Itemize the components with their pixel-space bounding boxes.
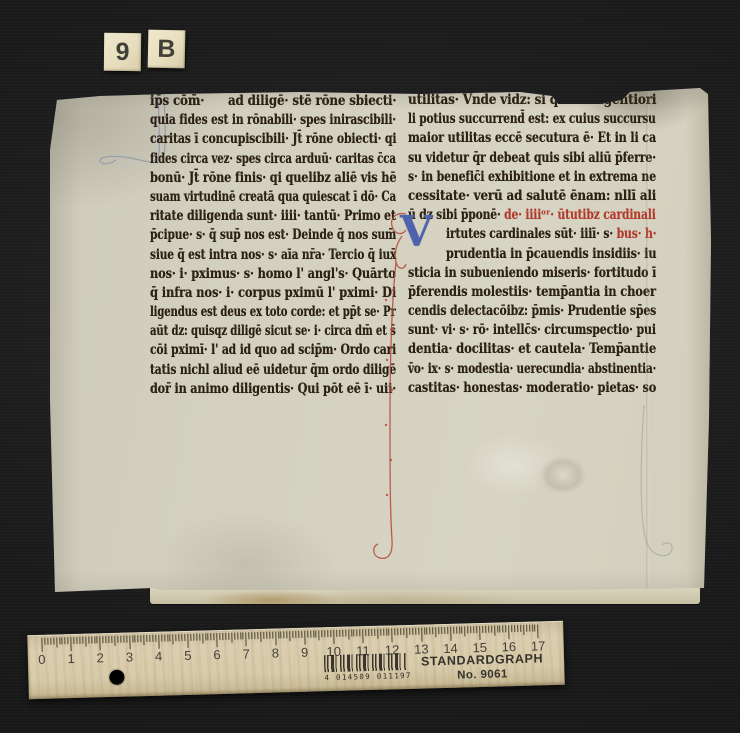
ruler-tick <box>453 627 454 634</box>
ruler-tick <box>357 629 358 636</box>
ruler-tick <box>371 629 372 636</box>
manuscript-line: q̄ infra nos· i· corpus pximū l' pximi· … <box>150 284 361 303</box>
ruler-tick <box>491 626 492 633</box>
ruler-tick <box>319 630 320 640</box>
ruler-tick <box>234 633 235 640</box>
ruler-tick <box>106 636 107 643</box>
ruler-tick <box>409 628 410 635</box>
manuscript-line: su videtur q̄r debeat quis sibi aliū p̄f… <box>408 149 611 168</box>
ruler-tick <box>389 628 390 635</box>
ruler-tick <box>56 637 57 647</box>
ruler-tick <box>322 630 323 637</box>
ruler-tick <box>47 638 48 645</box>
ruler-tick <box>383 629 384 636</box>
ruler-tick <box>237 633 238 640</box>
ruler-tick <box>219 633 220 640</box>
photo-background: 9 B ip̄s cōm̄· ad diligē· stē rōne sbiec… <box>0 0 740 733</box>
ruler-tick <box>170 634 171 641</box>
ruler-tick <box>114 636 115 646</box>
ruler-tick <box>120 636 121 643</box>
ruler-tick <box>76 637 77 644</box>
ruler-tick <box>103 636 104 643</box>
manuscript-line: ip̄s cōm̄· ad diligē· stē rōne sbiecti· <box>150 92 367 111</box>
ruler-tick <box>435 627 436 637</box>
ruler-tick <box>263 632 264 639</box>
ruler-tick <box>427 627 428 634</box>
ruler-tick <box>441 627 442 634</box>
barcode: 4 014509 011197 <box>324 653 409 683</box>
ruler-tick <box>327 630 328 637</box>
ruler-tick <box>298 631 299 638</box>
ruler-tick <box>91 637 92 644</box>
parchment-stain <box>540 456 586 494</box>
ruler-tick <box>447 627 448 634</box>
manuscript-line: dor̄ in animo diligentis· Qui pōt eē ī· … <box>150 380 354 399</box>
ruler-number: 8 <box>272 645 280 660</box>
ruler-tick <box>260 632 261 642</box>
ruler-tick <box>281 631 282 638</box>
ruler-tick <box>202 634 203 644</box>
ruler-number: 4 <box>155 649 163 664</box>
ruler-number: 7 <box>242 646 250 661</box>
ruler-tick <box>482 626 483 633</box>
ruler-tick <box>173 634 174 644</box>
ruler-tick <box>141 635 142 642</box>
ruler-tick <box>377 629 378 639</box>
ruler-tick <box>138 635 139 642</box>
ruler-tick <box>129 635 130 649</box>
ruler-tick <box>108 636 109 643</box>
ruler-tick <box>184 634 185 641</box>
manuscript-line: maior utilitas eccē secutura ē· Et in li… <box>408 129 614 148</box>
illuminated-initial: V <box>400 211 440 255</box>
ruler-tick <box>155 635 156 642</box>
manuscript-line: ritate diligenda sunt· iiii· tantū· Prim… <box>150 207 350 226</box>
ruler-tick <box>243 632 244 639</box>
ruler-tick <box>368 629 369 636</box>
red-penwork-flourish <box>366 210 426 575</box>
ruler-tick <box>374 629 375 636</box>
ruler-tick <box>359 629 360 636</box>
ruler-tick <box>164 635 165 642</box>
ruler: 01234567891011121314151617 4 014509 0111… <box>27 621 565 699</box>
ruler-number: 1 <box>67 651 75 666</box>
ruler-brand: STANDARDGRAPH <box>416 651 548 669</box>
ruler-number: 2 <box>96 650 104 665</box>
ruler-tick <box>310 631 311 638</box>
ruler-tick <box>225 633 226 640</box>
page-crease <box>646 92 649 590</box>
ruler-tick <box>286 631 287 638</box>
manuscript-page: ip̄s cōm̄· ad diligē· stē rōne sbiecti·q… <box>48 84 712 606</box>
ruler-tick <box>535 625 536 632</box>
ruler-tick <box>421 628 422 642</box>
ruler-tick <box>79 637 80 644</box>
ruler-tick <box>424 628 425 635</box>
ruler-tick <box>94 636 95 643</box>
ruler-tick <box>152 635 153 642</box>
ruler-tick <box>295 631 296 638</box>
ruler-tick <box>392 628 393 642</box>
ruler-tick <box>70 637 71 651</box>
ruler-tick <box>438 627 439 634</box>
ruler-tick <box>44 638 45 645</box>
manuscript-line: s· in benefic̄i exhibitione et in extrem… <box>408 168 608 187</box>
manuscript-line: utilitas· Vnde vid̄z: si qua indigentior… <box>408 91 629 110</box>
ruler-tick <box>529 625 530 632</box>
ruler-scale: 01234567891011121314151617 <box>27 621 563 635</box>
ruler-tick <box>53 638 54 645</box>
manuscript-line: caritas ī concupiscibili· Jt̄ rōne obiec… <box>150 130 349 149</box>
ruler-tick <box>339 630 340 637</box>
ruler-tick <box>406 628 407 638</box>
ruler-tick <box>249 632 250 639</box>
ruler-tick <box>211 633 212 640</box>
ruler-tick <box>307 631 308 638</box>
ruler-tick <box>517 625 518 632</box>
ruler-number: 0 <box>38 652 46 667</box>
ruler-tick <box>514 625 515 632</box>
ruler-tick <box>65 637 66 644</box>
ruler-tick <box>462 626 463 633</box>
ruler-tick <box>365 629 366 636</box>
ruler-tick <box>313 631 314 638</box>
manuscript-line: sunt· vi· s· rō· intellc̄s· circumspecti… <box>408 321 610 340</box>
text-column-left: ip̄s cōm̄· ad diligē· stē rōne sbiecti·q… <box>150 92 396 399</box>
tile-label: 9 <box>115 37 129 66</box>
ruler-tick <box>269 632 270 639</box>
ruler-number: 9 <box>301 645 309 660</box>
ruler-tick <box>505 625 506 632</box>
ruler-tick <box>538 624 539 638</box>
ruler-number: 6 <box>213 647 221 662</box>
ruler-tick <box>284 631 285 638</box>
ruler-tick <box>330 630 331 637</box>
ruler-tick <box>132 635 133 642</box>
manuscript-line: li potius succurrend̄ est: ex cuius succ… <box>408 110 603 129</box>
manuscript-line: ligendus est deus ex toto corde: et pp̄t… <box>150 303 334 322</box>
ruler-tick <box>41 638 42 652</box>
ruler-tick <box>532 625 533 632</box>
manuscript-line: irtutes cardinales sūt· iiiī· s· bus· h· <box>446 225 615 244</box>
ruler-tick <box>62 637 63 644</box>
ruler-tick <box>444 627 445 634</box>
manuscript-line: cendis delectacōibz: p̄mis· Prudentie sp… <box>408 302 608 321</box>
ruler-tick <box>178 634 179 641</box>
ruler-tick <box>205 633 206 640</box>
manuscript-line: suam virtudinē creatā qua quiescat ī dō·… <box>150 188 339 207</box>
ruler-tick <box>479 626 480 640</box>
ruler-tick <box>465 626 466 636</box>
ruler-tick <box>167 634 168 641</box>
ruler-tick <box>526 625 527 632</box>
ruler-tick <box>289 631 290 641</box>
ruler-tick <box>231 633 232 643</box>
ruler-tick <box>111 636 112 643</box>
ruler-tick <box>272 632 273 639</box>
ruler-tick <box>520 625 521 632</box>
ruler-tick <box>430 627 431 634</box>
ruler-tick <box>488 626 489 633</box>
manuscript-line: tatis nichl aliud eē uidetur q̄m ordo di… <box>150 361 346 380</box>
manuscript-line: aūt dz: quisqz diligē sicut se· i· circa… <box>150 322 335 341</box>
ruler-tick <box>415 628 416 635</box>
ruler-tick <box>59 637 60 644</box>
manuscript-line: sticia in subueniendo miseris· fortitudo… <box>408 264 612 283</box>
ruler-tick <box>511 625 512 632</box>
ruler-tick <box>208 633 209 640</box>
ruler-tick <box>88 637 89 644</box>
ruler-tick <box>149 635 150 642</box>
label-tile-9: 9 <box>104 33 141 71</box>
ruler-tick <box>176 634 177 641</box>
ruler-tick <box>476 626 477 633</box>
ruler-tick <box>117 636 118 643</box>
ruler-tick <box>418 628 419 635</box>
ruler-tick <box>251 632 252 639</box>
ruler-tick <box>485 626 486 633</box>
ruler-tick <box>97 636 98 643</box>
ruler-tick <box>348 630 349 640</box>
ruler-tick <box>275 632 276 646</box>
ruler-tick <box>351 629 352 636</box>
ruler-tick <box>161 635 162 642</box>
ruler-tick <box>181 634 182 641</box>
ruler-tick <box>266 632 267 639</box>
ruler-tick <box>324 630 325 637</box>
ruler-tick <box>278 631 279 638</box>
ruler-tick <box>187 634 188 648</box>
ruler-tick <box>523 625 524 635</box>
ruler-tick <box>158 635 159 649</box>
ruler-tick <box>397 628 398 635</box>
ruler-tick <box>190 634 191 641</box>
ruler-tick <box>345 630 346 637</box>
ruler-tick <box>403 628 404 635</box>
manuscript-line: castitas· honestas· moderatio· pietas· s… <box>408 379 616 398</box>
ruler-tick <box>380 629 381 636</box>
ruler-tick <box>456 627 457 634</box>
label-tile-b: B <box>148 30 186 69</box>
ruler-tick <box>146 635 147 642</box>
ruler-tick <box>316 630 317 637</box>
ruler-number: 3 <box>126 649 134 664</box>
manuscript-line: prudentia in p̄cauendis insidiis· iu <box>446 245 621 264</box>
ruler-tick <box>228 633 229 640</box>
ruler-tick <box>432 627 433 634</box>
ruler-tick <box>73 637 74 644</box>
manuscript-line: nos· i· pximus· s· homo l' angl's· Quārt… <box>150 265 358 284</box>
ruler-tick <box>470 626 471 633</box>
ruler-tick <box>342 630 343 637</box>
ruler-tick <box>502 625 503 632</box>
ruler-tick <box>193 634 194 641</box>
barcode-digits: 4 014509 011197 <box>324 671 408 682</box>
ruler-tick <box>467 626 468 633</box>
manuscript-line: v̄o· ix· s· modestia· uerecundia· abstin… <box>408 360 600 379</box>
ruler-tick <box>82 637 83 644</box>
text-column-right: utilitas· Vnde vid̄z: si qua indigentior… <box>408 91 656 398</box>
ruler-tick <box>394 628 395 635</box>
ruler-tick <box>214 633 215 640</box>
ruler-tick <box>222 633 223 640</box>
ruler-tick <box>336 630 337 637</box>
ruler-tick <box>199 634 200 641</box>
ruler-tick <box>508 625 509 639</box>
tile-label: B <box>157 34 176 63</box>
barcode-bars <box>324 653 406 672</box>
manuscript-line: p̄ferendis molestiis· temp̄antia in choe… <box>408 283 619 302</box>
ruler-tick <box>400 628 401 635</box>
ruler-tick <box>68 637 69 644</box>
ruler-tick <box>473 626 474 633</box>
ruler-model: No. 9061 <box>416 667 548 683</box>
manuscript-line: dentia· docilitas· et cautela· Temp̄anti… <box>408 340 622 359</box>
ruler-tick <box>412 628 413 635</box>
manuscript-line: fides circa vez· spes circa arduū· carit… <box>150 150 337 169</box>
ruler-tick <box>386 629 387 636</box>
ruler-tick <box>246 632 247 646</box>
ruler-tick <box>126 636 127 643</box>
ruler-tick <box>494 626 495 636</box>
manuscript-line: bonū· Jt̄ rōne finis· qi quelibz aliē vi… <box>150 169 357 188</box>
ruler-tick <box>100 636 101 650</box>
ruler-tick <box>85 637 86 647</box>
ruler-tick <box>216 633 217 647</box>
ruler-tick <box>50 638 51 645</box>
ruler-tick <box>240 632 241 639</box>
manuscript-line: siue q̄ est intra nos· s· aīa nr̄a· Terc… <box>150 246 343 265</box>
manuscript-line: p̄cipue· s· q̄ sup̄ nos est· Deinde q̄ n… <box>150 226 344 245</box>
ruler-tick <box>500 625 501 632</box>
ruler-tick <box>354 629 355 636</box>
ruler-tick <box>135 635 136 642</box>
ruler-tick <box>292 631 293 638</box>
ruler-tick <box>333 630 334 644</box>
ruler-tick <box>123 636 124 643</box>
manuscript-line: cessitate· verū ad salutē ēnam: nllī ali <box>408 187 628 206</box>
ruler-tick <box>257 632 258 639</box>
manuscript-line: cōi pximī· l' ad id quo ad scip̄m· Ordo … <box>150 341 347 360</box>
ruler-number: 5 <box>184 648 192 663</box>
ruler-tick <box>301 631 302 638</box>
ruler-tick <box>362 629 363 643</box>
ruler-hole <box>109 670 124 685</box>
manuscript-line: quia fides est in rōnabili· spes inirasc… <box>150 111 345 130</box>
ruler-tick <box>254 632 255 639</box>
ruler-tick <box>143 635 144 645</box>
ruler-tick <box>459 627 460 634</box>
ruler-tick <box>196 634 197 641</box>
ruler-tick <box>304 631 305 645</box>
ruler-tick <box>497 626 498 633</box>
ruler-tick <box>450 627 451 641</box>
